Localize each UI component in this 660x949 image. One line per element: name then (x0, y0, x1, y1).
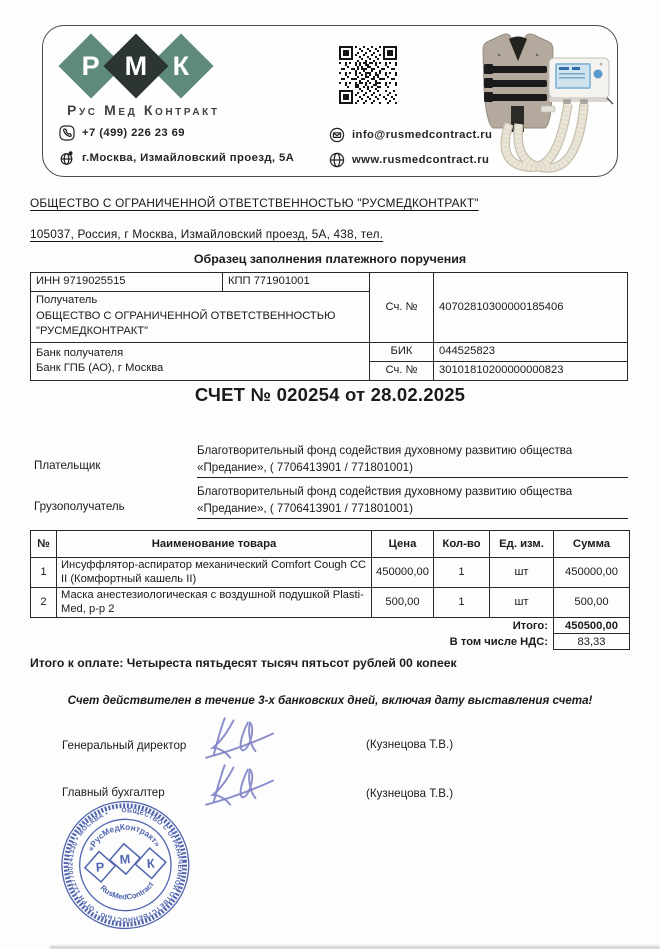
phone-icon (59, 125, 75, 141)
col-price: Цена (372, 531, 434, 558)
bank-cell: Банк получателя Банк ГПБ (АО), г Москва (31, 342, 370, 380)
bank-name: Банк ГПБ (АО), г Москва (36, 361, 364, 377)
stamp-inner-top-text: «РусМедКонтракт» (84, 819, 164, 853)
item-name: Инсуффлятор-аспиратор механический Comfo… (57, 558, 372, 588)
svg-text:RusMedContract: RusMedContract (98, 879, 157, 903)
consignee-label: Грузополучатель (34, 500, 125, 513)
col-unit: Ед. изм. (490, 531, 554, 558)
total-label: Итого: (31, 618, 554, 634)
stamp-letter: Р (95, 860, 105, 875)
logo-subtitle: Рус Мед Контракт (67, 102, 220, 118)
kpp-cell: КПП 771901001 (223, 273, 370, 292)
recipient-name-line1: ОБЩЕСТВО С ОГРАНИЧЕННОЙ ОТВЕТСТВЕННОСТЬЮ (36, 309, 364, 325)
col-sum: Сумма (554, 531, 630, 558)
col-qty: Кол-во (434, 531, 490, 558)
accountant-name: (Кузнецова Т.В.) (366, 787, 453, 800)
address-text: г.Москва, Измайловский проезд, 5А (82, 152, 294, 164)
envelope-icon (329, 127, 345, 143)
total-row: Итого: 450500,00 (31, 618, 630, 634)
table-row: 1 Инсуффлятор-аспиратор механический Com… (31, 558, 630, 588)
corr-label-cell: Сч. № (370, 361, 434, 380)
director-label: Генеральный директор (62, 739, 186, 752)
director-signature (200, 715, 278, 761)
table-row: 2 Маска анестезиологическая с воздушной … (31, 588, 630, 618)
item-unit: шт (490, 558, 554, 588)
stamp-letter: К (146, 857, 155, 872)
logo-diamond-middle: М (103, 33, 168, 98)
globe-icon (329, 152, 345, 168)
item-sum: 500,00 (554, 588, 630, 618)
address-row: г.Москва, Измайловский проезд, 5А (59, 150, 294, 166)
item-name: Маска анестезиологическая с воздушной по… (57, 588, 372, 618)
payment-sample-title: Образец заполнения платежного поручения (0, 252, 660, 266)
recipient-cell: Получатель ОБЩЕСТВО С ОГРАНИЧЕННОЙ ОТВЕТ… (31, 291, 370, 342)
logo-letter: К (173, 52, 189, 79)
items-table: № Наименование товара Цена Кол-во Ед. из… (30, 530, 630, 650)
qr-code (339, 46, 397, 104)
account-number-cell: 40702810300000185406 (434, 273, 628, 343)
col-num: № (31, 531, 57, 558)
bank-requisites-table: ИНН 9719025515 КПП 771901001 Сч. № 40702… (30, 272, 628, 381)
vat-value: 83,33 (554, 634, 630, 650)
accountant-signature (200, 762, 278, 808)
phone-row: +7 (499) 226 23 69 (59, 125, 185, 141)
payer-label: Плательщик (34, 459, 100, 472)
payer-line1: Благотворительный фонд содействия духовн… (197, 443, 628, 460)
logo-letter: Р (82, 52, 100, 79)
inn-cell: ИНН 9719025515 (31, 273, 223, 292)
invoice-title: СЧЕТ № 020254 от 28.02.2025 (0, 384, 660, 406)
consignee-line2: «Предание», ( 7706413901 / 771801001) (197, 501, 628, 520)
director-name: (Кузнецова Т.В.) (366, 738, 453, 751)
payer-line2: «Предание», ( 7706413901 / 771801001) (197, 460, 628, 479)
letterhead-card: Р М К Рус Мед Контракт +7 (499) 226 23 6… (42, 25, 618, 177)
corr-value-cell: 30101810200000000823 (434, 361, 628, 380)
globe-pin-icon (59, 150, 75, 166)
item-sum: 450000,00 (554, 558, 630, 588)
validity-note: Счет действителен в течение 3-х банковск… (0, 694, 660, 707)
item-price: 500,00 (372, 588, 434, 618)
stamp-inner-bottom-text: RusMedContract (98, 879, 157, 903)
item-price: 450000,00 (372, 558, 434, 588)
payer-value: Благотворительный фонд содействия духовн… (197, 443, 628, 478)
company-stamp: ОБЩЕСТВО С ОГРАНИЧЕННОЙ ОТВЕТСТВЕННОСТЬЮ… (47, 793, 204, 941)
bank-label: Банк получателя (36, 346, 364, 362)
consignee-line1: Благотворительный фонд содействия духовн… (197, 484, 628, 501)
recipient-name-line2: "РУСМЕДКОНТРАКТ" (36, 324, 364, 340)
company-name-line: ОБЩЕСТВО С ОГРАНИЧЕННОЙ ОТВЕТСТВЕННОСТЬЮ… (30, 196, 479, 210)
bik-label-cell: БИК (370, 342, 434, 361)
total-value: 450500,00 (554, 618, 630, 634)
item-num: 2 (31, 588, 57, 618)
items-header-row: № Наименование товара Цена Кол-во Ед. из… (31, 531, 630, 558)
phone-number: +7 (499) 226 23 69 (82, 127, 185, 139)
amount-in-words: Итого к оплате: Четыреста пятьдесят тыся… (30, 656, 457, 670)
consignee-value: Благотворительный фонд содействия духовн… (197, 484, 628, 519)
airway-clearance-device-photo (449, 28, 619, 176)
company-address-line: 105037, Россия, г Москва, Измайловский п… (30, 227, 383, 241)
col-name: Наименование товара (57, 531, 372, 558)
stamp-letter: М (119, 852, 131, 867)
bik-value-cell: 044525823 (434, 342, 628, 361)
item-num: 1 (31, 558, 57, 588)
account-label-cell: Сч. № (370, 273, 434, 343)
vat-label: В том числе НДС: (31, 634, 554, 650)
invoice-page: Р М К Рус Мед Контракт +7 (499) 226 23 6… (0, 0, 660, 949)
item-qty: 1 (434, 588, 490, 618)
recipient-label: Получатель (36, 293, 364, 309)
logo-letter: М (125, 53, 148, 80)
item-qty: 1 (434, 558, 490, 588)
item-unit: шт (490, 588, 554, 618)
svg-text:«РусМедКонтракт»: «РусМедКонтракт» (84, 819, 164, 853)
vat-row: В том числе НДС: 83,33 (31, 634, 630, 650)
